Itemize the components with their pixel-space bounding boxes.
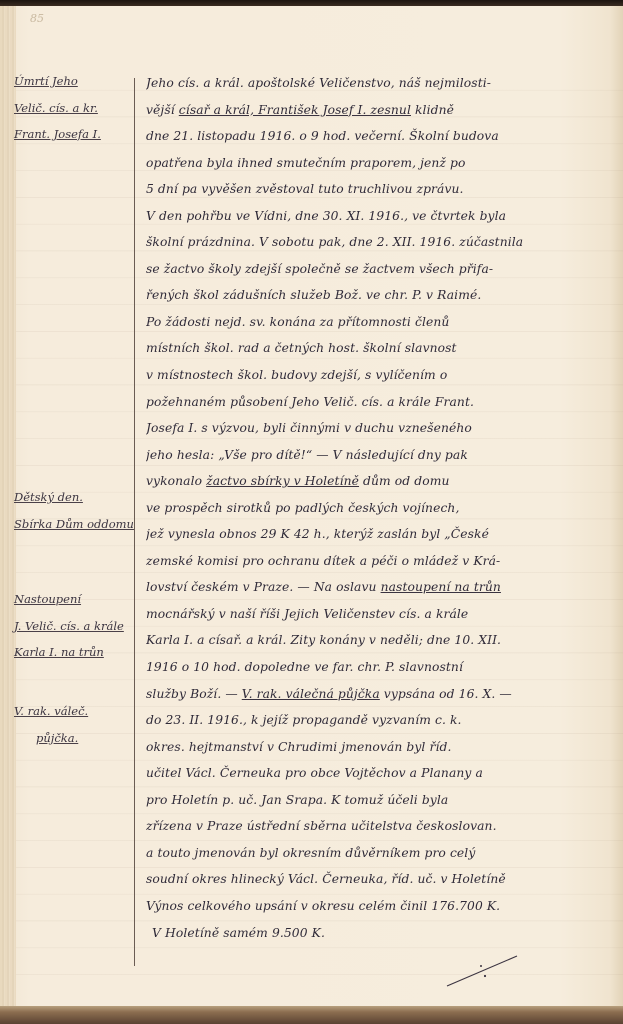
margin-note-line: Sbírka Dům oddomu [14, 511, 132, 538]
text-line: v místnostech škol. budovy zdejší, s vyl… [146, 362, 616, 389]
text-line: vější císař a král, František Josef I. z… [146, 97, 616, 124]
text-line: a touto jmenován byl okresním důvěrníkem… [146, 840, 616, 867]
text-line: 1916 o 10 hod. dopoledne ve far. chr. P.… [146, 654, 616, 681]
margin-note-line: Velič. cís. a kr. [14, 95, 132, 122]
margin-note-line: Úmrtí Jeho [14, 68, 132, 95]
closing-flourish-icon [445, 952, 525, 988]
text-line: zemské komisi pro ochranu dítek a péči o… [146, 548, 616, 575]
text-line: Karla I. a císař. a král. Zity konány v … [146, 627, 616, 654]
text-line: jeho hesla: „Vše pro dítě!“ — V následuj… [146, 442, 616, 469]
margin-note-childrens-day: Dětský den. Sbírka Dům oddomu [14, 484, 132, 537]
text-line: soudní okres hlinecký Václ. Černeuka, ří… [146, 866, 616, 893]
margin-rule [134, 78, 135, 966]
text-line: Josefa I. s výzvou, byli činnými v duchu… [146, 415, 616, 442]
text-line: Výnos celkového upsání v okresu celém či… [146, 893, 616, 920]
text-line: Jeho cís. a král. apoštolské Veličenstvo… [146, 70, 616, 97]
text-line: se žactvo školy zdejší společně se žactv… [146, 256, 616, 283]
text-line: do 23. II. 1916., k jejíž propagandě vyz… [146, 707, 616, 734]
text-line: vykonalo žactvo sbírky v Holetíně dům od… [146, 468, 616, 495]
margin-notes-column: Úmrtí Jeho Velič. cís. a kr. Frant. Jose… [0, 6, 134, 1012]
text-line: řených škol zádušních služeb Bož. ve chr… [146, 282, 616, 309]
chronicle-body-text: Jeho cís. a král. apoštolské Veličenstvo… [146, 70, 616, 946]
text-line: učitel Václ. Černeuka pro obce Vojtěchov… [146, 760, 616, 787]
text-line: ve prospěch sirotků po padlých českých v… [146, 495, 616, 522]
text-line: místních škol. rad a četných host. školn… [146, 335, 616, 362]
text-line: opatřena byla ihned smutečním praporem, … [146, 150, 616, 177]
underlined-phrase: V. rak. válečná půjčka [242, 687, 380, 701]
text-line: jež vynesla obnos 29 K 42 h., kterýž zas… [146, 521, 616, 548]
text-line: školní prázdnina. V sobotu pak, dne 2. X… [146, 229, 616, 256]
text-line: okres. hejtmanství v Chrudimi jmenován b… [146, 734, 616, 761]
text-line: služby Boží. — V. rak. válečná půjčka vy… [146, 681, 616, 708]
margin-note-line: J. Velič. cís. a krále [14, 613, 132, 640]
underlined-phrase: nastoupení na trůn [381, 580, 501, 594]
text-line: lovství českém v Praze. — Na oslavu nast… [146, 574, 616, 601]
book-bottom-edge [0, 1006, 623, 1024]
ledger-page: 85 Úmrtí Jeho Velič. cís. a kr. Frant. J… [0, 6, 623, 1012]
margin-note-war-loan: V. rak. váleč. půjčka. [14, 698, 132, 751]
text-line: 5 dní pa vyvěšen zvěstoval tuto truchliv… [146, 176, 616, 203]
margin-note-accession-karl: Nastoupení J. Velič. cís. a krále Karla … [14, 586, 132, 666]
text-line: požehnaném působení Jeho Velič. cís. a k… [146, 389, 616, 416]
text-line: dne 21. listopadu 1916. o 9 hod. večerní… [146, 123, 616, 150]
text-line: Po žádosti nejd. sv. konána za přítomnos… [146, 309, 616, 336]
text-line: V den pohřbu ve Vídni, dne 30. XI. 1916.… [146, 203, 616, 230]
text-line: mocnářský v naší říši Jejich Veličenstev… [146, 601, 616, 628]
margin-note-line: V. rak. váleč. [14, 698, 132, 725]
text-line: pro Holetín p. uč. Jan Srapa. K tomuž úč… [146, 787, 616, 814]
margin-note-line: půjčka. [14, 725, 132, 752]
text-line: zřízena v Praze ústřední sběrna učitelst… [146, 813, 616, 840]
underlined-phrase: žactvo sbírky v Holetíně [206, 474, 359, 488]
margin-note-line: Dětský den. [14, 484, 132, 511]
margin-note-line: Karla I. na trůn [14, 639, 132, 666]
margin-note-line: Nastoupení [14, 586, 132, 613]
text-line: V Holetíně samém 9.500 K. [146, 920, 616, 947]
margin-note-death-of-emperor: Úmrtí Jeho Velič. cís. a kr. Frant. Jose… [14, 68, 132, 148]
margin-note-line: Frant. Josefa I. [14, 121, 132, 148]
underlined-phrase: císař a král, František Josef I. zesnul [179, 103, 411, 117]
